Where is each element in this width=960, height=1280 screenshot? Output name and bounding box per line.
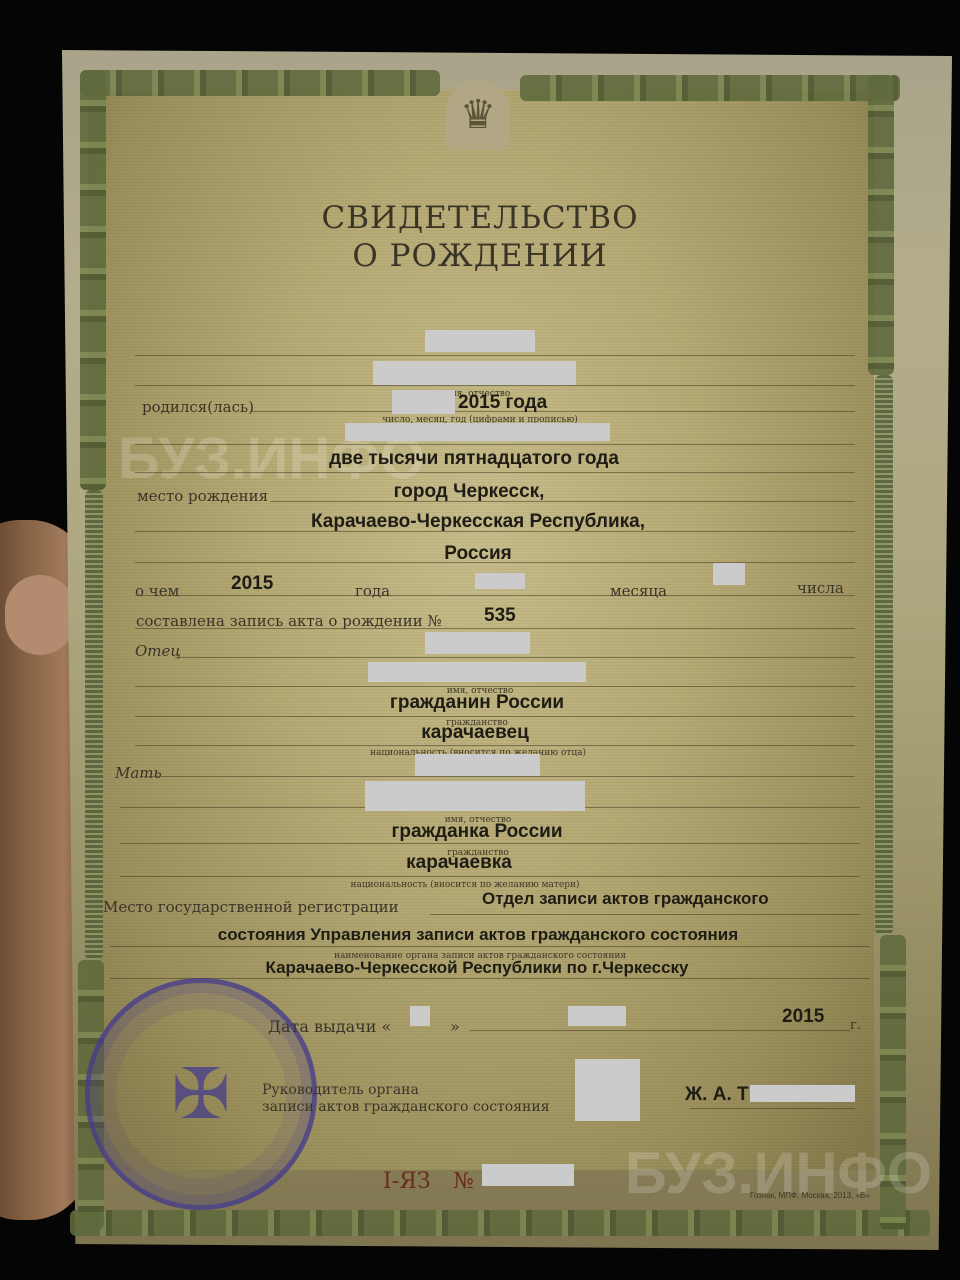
label-record-number: составлена запись акта о рождении № [136, 612, 442, 630]
birth-year: 2015 года [458, 392, 547, 414]
redacted-mother-name [365, 781, 585, 811]
redacted-father-surname [425, 632, 530, 654]
border-left-middle [85, 490, 103, 960]
rule [135, 355, 855, 356]
issue-year-suffix: г. [850, 1018, 861, 1033]
border-left-top [80, 70, 106, 490]
border-top-right [520, 75, 900, 101]
redacted-serial-number [482, 1164, 574, 1186]
coat-of-arms-icon: ♛ [446, 80, 510, 150]
label-issue-date: Дата выдачи « [268, 1017, 391, 1036]
father-citizenship: гражданин России [390, 692, 564, 714]
redacted-issue-month [568, 1006, 626, 1026]
date-words: две тысячи пятнадцатого года [329, 448, 619, 470]
border-right-middle [875, 375, 893, 935]
rule [120, 876, 860, 877]
rule [110, 978, 870, 979]
serial-number-sign: № [453, 1169, 474, 1194]
issue-quote-close: » [450, 1017, 460, 1036]
label-year: года [355, 582, 390, 600]
label-about: о чем [135, 582, 179, 600]
mother-nationality: карачаевка [406, 852, 512, 874]
title-line-2: О РОЖДЕНИИ [0, 238, 960, 274]
record-number: 535 [484, 605, 516, 627]
redacted-surname [425, 330, 535, 352]
rule [270, 501, 855, 502]
label-month: месяца [610, 582, 667, 600]
redacted-signatory-surname [750, 1085, 855, 1102]
rule [110, 946, 870, 947]
rule [135, 472, 855, 473]
label-day: числа [797, 579, 844, 597]
printer-imprint: Гознак, МПФ, Москва, 2013, «В» [750, 1191, 870, 1200]
rule [135, 595, 855, 596]
redacted-father-name [368, 662, 586, 682]
label-born: родился(лась) [142, 398, 254, 416]
label-place: место рождения [137, 487, 268, 505]
rule [135, 716, 855, 717]
label-father: Отец [135, 642, 181, 660]
label-signatory-1: Руководитель органа [262, 1082, 419, 1098]
place-line-2: Карачаево-Черкесская Республика, [311, 511, 645, 533]
redacted-mother-surname [415, 754, 540, 776]
redacted-name [373, 361, 576, 385]
rule [430, 914, 860, 915]
registration-line-1: Отдел записи актов гражданского [482, 889, 769, 909]
rule [135, 385, 855, 386]
redacted-birth-date [392, 390, 455, 414]
label-mother: Мать [115, 764, 162, 782]
title-line-1: СВИДЕТЕЛЬСТВО [0, 200, 960, 236]
redacted-signature [575, 1059, 640, 1121]
rule [250, 411, 855, 412]
record-year: 2015 [231, 573, 273, 595]
border-top-left [80, 70, 440, 96]
signatory-initials: Ж. А. Т [685, 1084, 749, 1106]
label-signatory-2: записи актов гражданского состояния [262, 1099, 550, 1115]
rule [690, 1108, 855, 1109]
mother-citizenship: гражданка России [391, 821, 562, 843]
issue-year: 2015 [782, 1006, 824, 1028]
redacted-issue-day [410, 1006, 430, 1026]
rule [135, 444, 855, 445]
rule [470, 1030, 850, 1031]
rule [140, 776, 855, 777]
registration-line-2: состояния Управления записи актов гражда… [218, 925, 738, 945]
place-line-3: Россия [444, 543, 511, 565]
redacted-date-words [345, 423, 610, 441]
registration-line-3: Карачаево-Черкесской Республики по г.Чер… [266, 958, 689, 978]
redacted-record-month [475, 573, 525, 589]
rule [135, 745, 855, 746]
place-line-1: город Черкесск, [394, 481, 545, 503]
serial-series: I-ЯЗ [383, 1169, 431, 1194]
rule [120, 843, 860, 844]
border-bottom [70, 1210, 930, 1236]
label-registration: Место государственной регистрации [103, 898, 399, 916]
father-nationality: карачаевец [421, 722, 529, 744]
thumbnail [5, 575, 75, 655]
rule [175, 657, 855, 658]
redacted-record-day [713, 563, 745, 585]
